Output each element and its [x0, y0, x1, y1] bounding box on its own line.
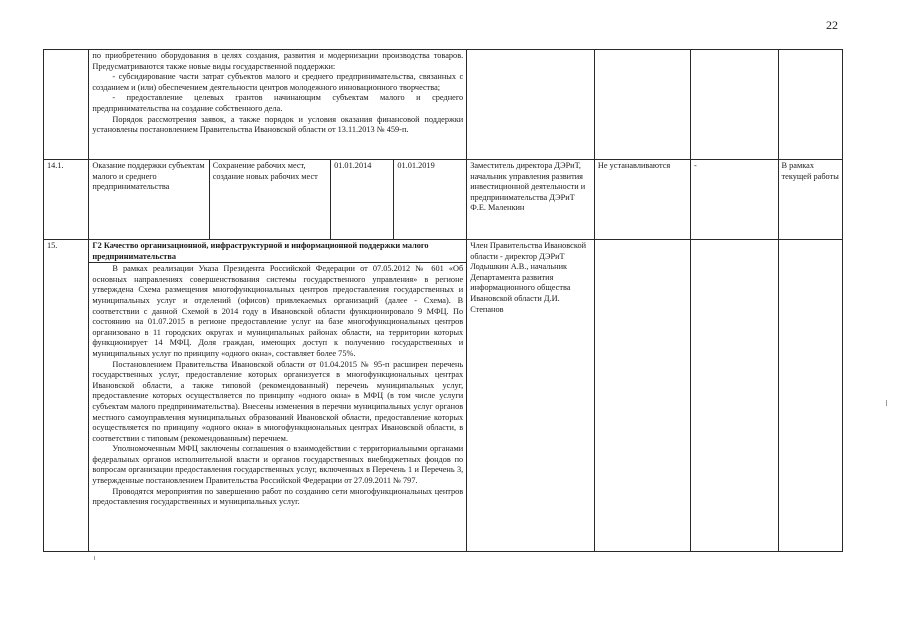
- result-cell: Сохранение рабочих мест, создание новых …: [209, 160, 330, 240]
- paragraph: - субсидирование части затрат субъектов …: [92, 72, 463, 93]
- paragraph: Порядок рассмотрения заявок, а также пор…: [92, 115, 463, 136]
- row-number-cell: 15.: [44, 240, 89, 552]
- scan-artifact: [94, 556, 95, 560]
- activity-cell: Оказание поддержки субъектам малого и ср…: [89, 160, 209, 240]
- activity-description-cell: Г2 Качество организационной, инфраструкт…: [89, 240, 467, 552]
- value-cell: [690, 240, 778, 552]
- row-number-cell: [44, 50, 89, 160]
- activity-description-cell: по приобретению оборудования в целях соз…: [89, 50, 467, 160]
- paragraph: по приобретению оборудования в целях соз…: [92, 51, 463, 72]
- section-body: В рамках реализации Указа Президента Рос…: [89, 263, 466, 508]
- responsible-cell: Член Правительства Ивановской области - …: [467, 240, 595, 552]
- table-row-15: 15. Г2 Качество организационной, инфраст…: [44, 240, 843, 552]
- program-activities-table: по приобретению оборудования в целях соз…: [43, 49, 843, 552]
- paragraph: - предоставление целевых грантов начинаю…: [92, 93, 463, 114]
- value-cell: [690, 50, 778, 160]
- value-cell: -: [690, 160, 778, 240]
- funding-cell: [778, 50, 842, 160]
- responsible-cell: Заместитель директора ДЭРиТ, начальник у…: [467, 160, 595, 240]
- responsible-cell: [467, 50, 595, 160]
- paragraph: Постановлением Правительства Ивановской …: [92, 360, 463, 445]
- paragraph: В рамках реализации Указа Президента Рос…: [92, 264, 463, 359]
- table-row-14-1: 14.1. Оказание поддержки субъектам малог…: [44, 160, 843, 240]
- indicator-cell: [594, 240, 690, 552]
- scan-artifact: [886, 400, 887, 406]
- paragraph: Проводятся мероприятия по завершению раб…: [92, 487, 463, 508]
- start-date-cell: 01.01.2014: [331, 160, 394, 240]
- paragraph: Уполномоченным МФЦ заключены соглашения …: [92, 444, 463, 486]
- table-row-continuation: по приобретению оборудования в целях соз…: [44, 50, 843, 160]
- funding-cell: В рамках текущей работы: [778, 160, 842, 240]
- indicator-cell: [594, 50, 690, 160]
- indicator-cell: Не устанавливаются: [594, 160, 690, 240]
- section-heading: Г2 Качество организационной, инфраструкт…: [89, 240, 466, 263]
- page-number: 22: [826, 18, 838, 33]
- end-date-cell: 01.01.2019: [394, 160, 467, 240]
- row-number-cell: 14.1.: [44, 160, 89, 240]
- funding-cell: [778, 240, 842, 552]
